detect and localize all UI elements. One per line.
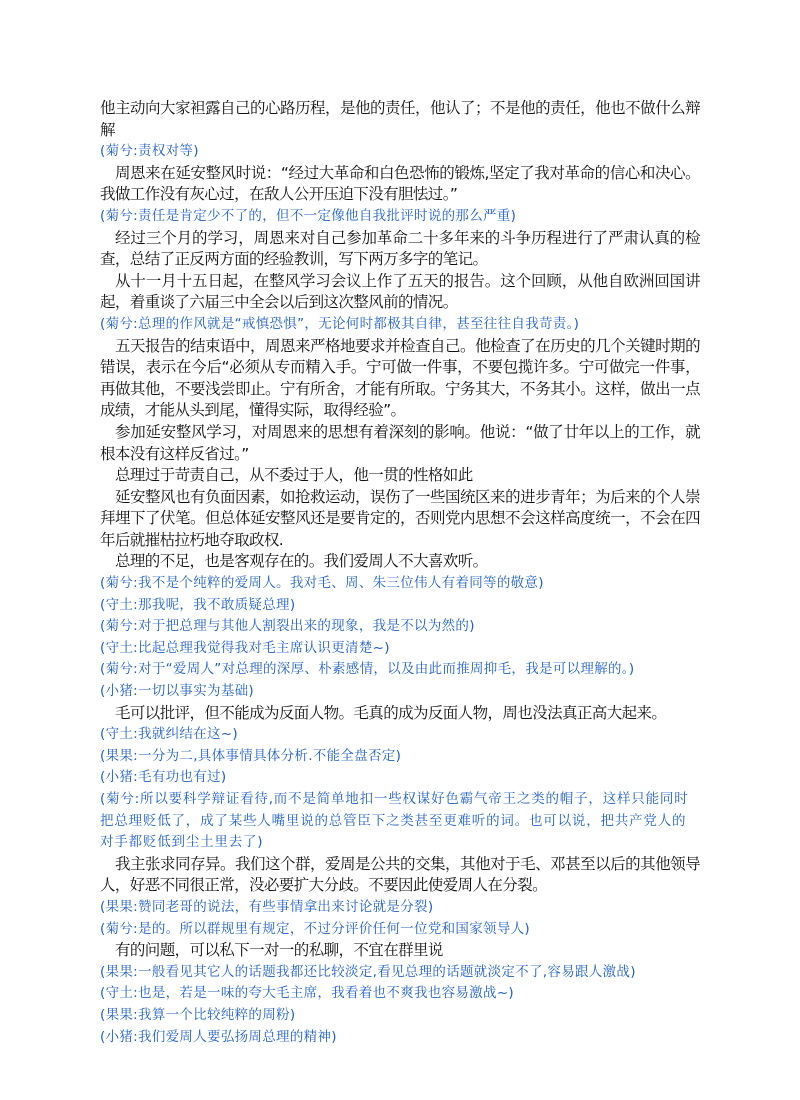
comment: (果果:一般看见其它人的话题我都还比较淡定,看见总理的话题就淡定不了,容易跟人激… bbox=[100, 962, 700, 984]
document-page: 他主动向大家袒露自己的心路历程，是他的责任，他认了；不是他的责任，他也不做什么辩… bbox=[100, 98, 700, 1048]
paragraph: 我主张求同存异。我们这个群，爱周是公共的交集，其他对于毛、邓甚至以后的其他领导人… bbox=[100, 854, 700, 897]
paragraph: 有的问题，可以私下一对一的私聊，不宜在群里说 bbox=[100, 940, 700, 962]
comment: (小猪:毛有功也有过) bbox=[100, 767, 700, 789]
paragraph: 总理的不足，也是客观存在的。我们爱周人不大喜欢听。 bbox=[100, 551, 700, 573]
comment: (小猪:一切以事实为基础) bbox=[100, 681, 700, 703]
comment: (菊兮:责任是肯定少不了的，但不一定像他自我批评时说的那么严重) bbox=[100, 206, 700, 228]
comment: (菊兮:我不是个纯粹的爱周人。我对毛、周、朱三位伟人有着同等的敬意) bbox=[100, 573, 700, 595]
comment: (菊兮:责权对等) bbox=[100, 141, 700, 163]
paragraph: 延安整风也有负面因素，如抢救运动，误伤了一些国统区来的进步青年；为后来的个人崇拜… bbox=[100, 487, 700, 552]
comment: (小猪:我们爱周人要弘扬周总理的精神) bbox=[100, 1027, 700, 1049]
paragraph: 五天报告的结束语中，周恩来严格地要求并检查自己。他检查了在历史的几个关键时期的错… bbox=[100, 336, 700, 422]
comment: (果果:我算一个比较纯粹的周粉) bbox=[100, 1005, 700, 1027]
comment: (菊兮:是的。所以群规里有规定，不过分评价任何一位党和国家领导人) bbox=[100, 919, 700, 941]
comment: (守土:也是，若是一味的夸大毛主席，我看着也不爽我也容易激战~) bbox=[100, 983, 700, 1005]
paragraph: 经过三个月的学习，周恩来对自己参加革命二十多年来的斗争历程进行了严肃认真的检查，… bbox=[100, 228, 700, 271]
paragraph: 参加延安整风学习，对周恩来的思想有着深刻的影响。他说：“做了廿年以上的工作，就根… bbox=[100, 422, 700, 465]
comment: (守土:那我呢，我不敢质疑总理) bbox=[100, 595, 700, 617]
comment: (守土:我就纠结在这~) bbox=[100, 724, 700, 746]
paragraph: 周恩来在延安整风时说：“经过大革命和白色恐怖的锻炼,坚定了我对革命的信心和决心。… bbox=[100, 163, 700, 206]
comment: (菊兮:总理的作风就是“戒慎恐惧”，无论何时都极其自律，甚至往往自我苛责。) bbox=[100, 314, 700, 336]
comment: (菊兮:所以要科学辩证看待,而不是简单地扣一些权谋好色霸气帝王之类的帽子，这样只… bbox=[100, 789, 700, 854]
comment: (菊兮:对于“爱周人”对总理的深厚、朴素感情，以及由此而推周抑毛，我是可以理解的… bbox=[100, 659, 700, 681]
comment: (守土:比起总理我觉得我对毛主席认识更清楚~) bbox=[100, 638, 700, 660]
paragraph: 毛可以批评，但不能成为反面人物。毛真的成为反面人物，周也没法真正高大起来。 bbox=[100, 703, 700, 725]
paragraph: 他主动向大家袒露自己的心路历程，是他的责任，他认了；不是他的责任，他也不做什么辩… bbox=[100, 98, 700, 141]
comment: (菊兮:对于把总理与其他人割裂出来的现象，我是不以为然的) bbox=[100, 616, 700, 638]
comment: (果果:赞同老哥的说法，有些事情拿出来讨论就是分裂) bbox=[100, 897, 700, 919]
paragraph: 从十一月十五日起，在整风学习会议上作了五天的报告。这个回顾，从他自欧洲回国讲起，… bbox=[100, 271, 700, 314]
paragraph: 总理过于苛责自己，从不委过于人，他一贯的性格如此 bbox=[100, 465, 700, 487]
comment: (果果:一分为二,具体事情具体分析.不能全盘否定) bbox=[100, 746, 700, 768]
